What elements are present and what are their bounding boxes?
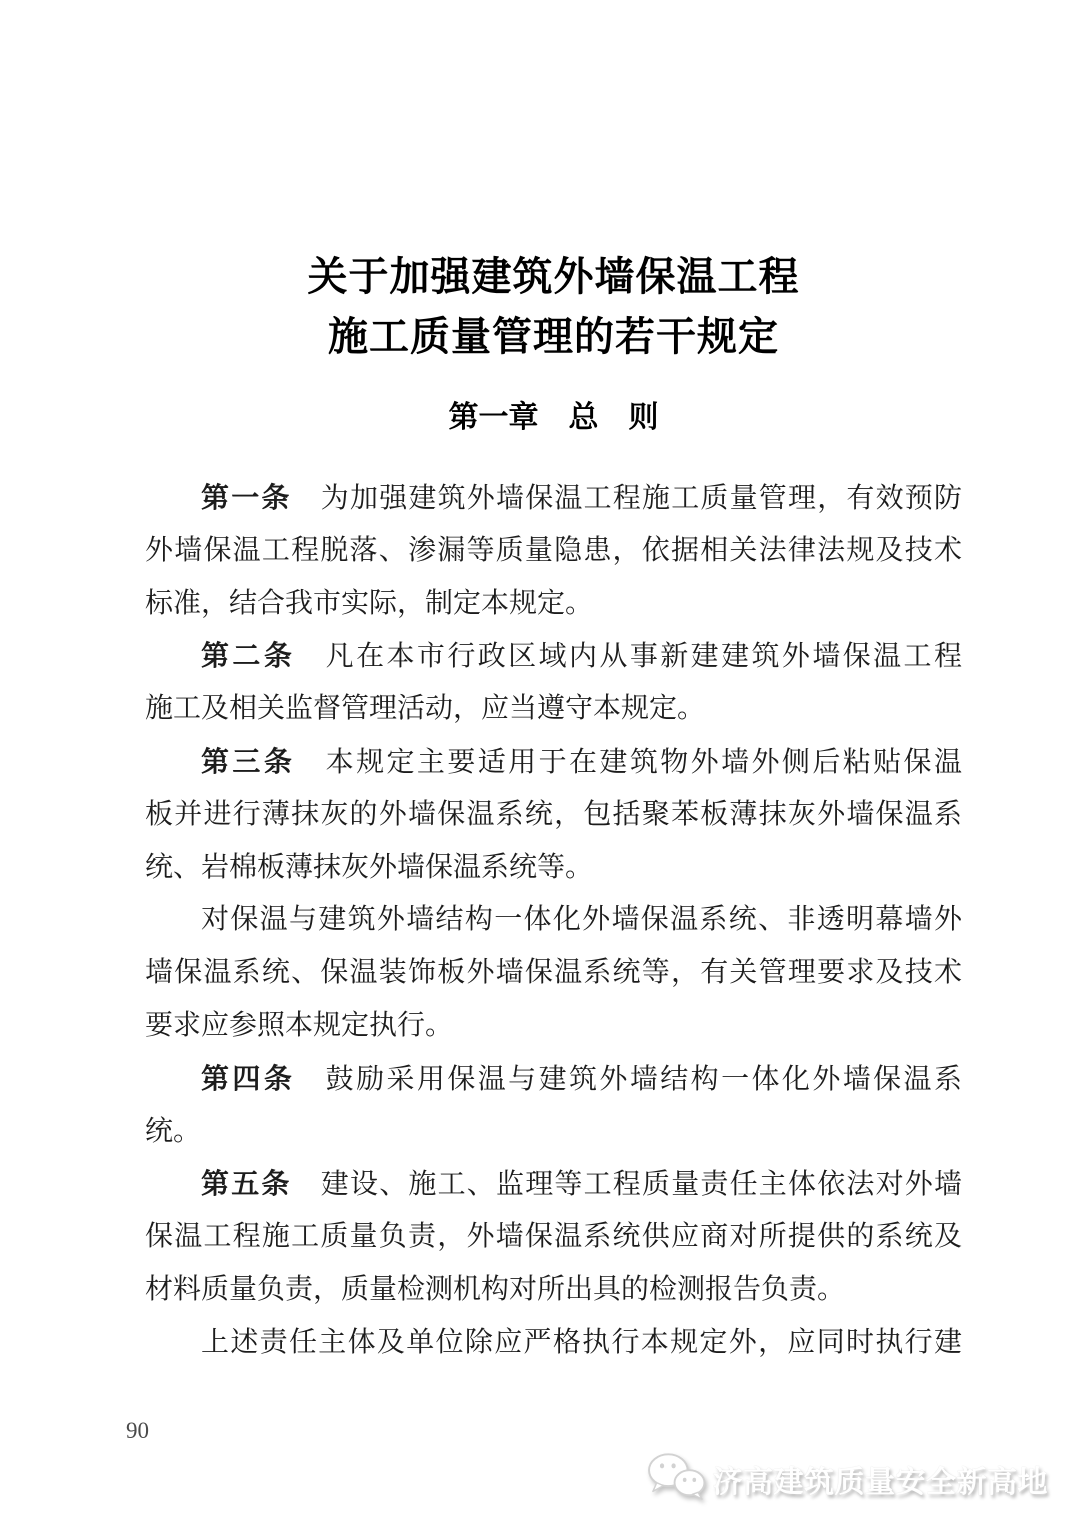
article-number: 第四条 xyxy=(201,1063,295,1094)
body-line: 板并进行薄抹灰的外墙保温系统，包括聚苯板薄抹灰外墙保温系 xyxy=(145,789,962,842)
article-number: 第三条 xyxy=(201,746,295,777)
body-line: 第一条 为加强建筑外墙保温工程施工质量管理，有效预防 xyxy=(145,472,962,525)
body-line: 统。 xyxy=(145,1106,962,1159)
body-line: 标准，结合我市实际，制定本规定。 xyxy=(145,578,962,631)
body-line: 保温工程施工质量负责，外墙保温系统供应商对所提供的系统及 xyxy=(145,1211,962,1264)
body-line: 第二条 凡在本市行政区域内从事新建建筑外墙保温工程 xyxy=(145,630,962,683)
body-line: 上述责任主体及单位除应严格执行本规定外，应同时执行建 xyxy=(145,1317,962,1370)
body-line: 要求应参照本规定执行。 xyxy=(145,1000,962,1053)
title-line: 关于加强建筑外墙保温工程 xyxy=(145,247,962,307)
body-line: 外墙保温工程脱落、渗漏等质量隐患，依据相关法律法规及技术 xyxy=(145,525,962,578)
body-line: 第四条 鼓励采用保温与建筑外墙结构一体化外墙保温系 xyxy=(145,1053,962,1106)
body-line: 对保温与建筑外墙结构一体化外墙保温系统、非透明幕墙外 xyxy=(145,894,962,947)
watermark-text: 济高建筑质量安全新高地 xyxy=(713,1457,1049,1501)
watermark: 济高建筑质量安全新高地 xyxy=(645,1450,1049,1507)
body-line: 墙保温系统、保温装饰板外墙保温系统等，有关管理要求及技术 xyxy=(145,947,962,1000)
document-title: 关于加强建筑外墙保温工程 施工质量管理的若干规定 xyxy=(145,247,962,367)
body-line: 统、岩棉板薄抹灰外墙保温系统等。 xyxy=(145,842,962,895)
article-number: 第一条 xyxy=(201,482,292,513)
wechat-icon xyxy=(645,1450,707,1507)
body-line: 第五条 建设、施工、监理等工程质量责任主体依法对外墙 xyxy=(145,1158,962,1211)
page-number: 90 xyxy=(126,1418,149,1444)
chapter-heading: 第一章 总 则 xyxy=(145,400,962,436)
body-line: 第三条 本规定主要适用于在建筑物外墙外侧后粘贴保温 xyxy=(145,736,962,789)
article-number: 第五条 xyxy=(201,1168,292,1199)
body-line: 材料质量负责，质量检测机构对所出具的检测报告负责。 xyxy=(145,1264,962,1317)
document-page: 关于加强建筑外墙保温工程 施工质量管理的若干规定 第一章 总 则 第一条 为加强… xyxy=(0,0,1080,1527)
document-body: 第一条 为加强建筑外墙保温工程施工质量管理，有效预防外墙保温工程脱落、渗漏等质量… xyxy=(145,472,962,1370)
title-line: 施工质量管理的若干规定 xyxy=(145,307,962,367)
article-number: 第二条 xyxy=(201,640,295,671)
body-line: 施工及相关监督管理活动，应当遵守本规定。 xyxy=(145,683,962,736)
